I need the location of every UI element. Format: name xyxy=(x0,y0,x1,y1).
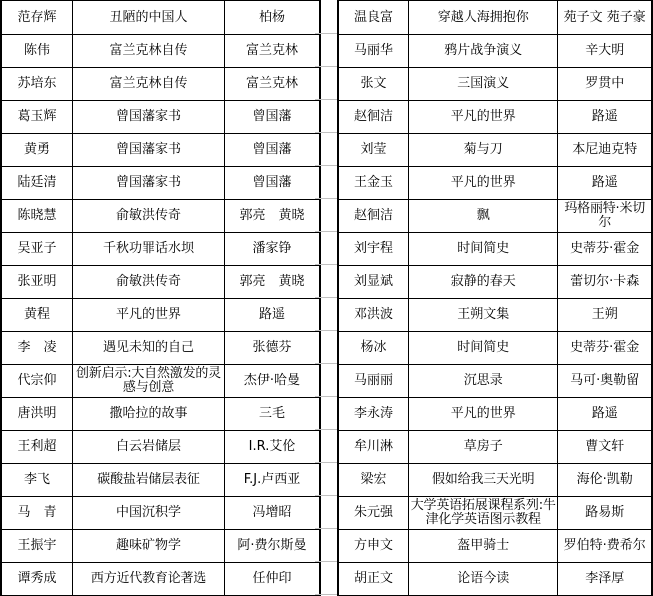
author-cell[interactable]: 罗贯中 xyxy=(558,68,652,101)
table-row: 范存辉丑陋的中国人柏杨 xyxy=(1,1,320,35)
gridline xyxy=(315,429,337,430)
author-cell[interactable]: 路遥 xyxy=(558,101,652,134)
reader-cell[interactable]: 黄程 xyxy=(1,299,73,332)
reader-cell[interactable]: 王金玉 xyxy=(338,167,408,200)
book-title-cell[interactable]: 平凡的世界 xyxy=(73,299,225,332)
table-row: 陈伟富兰克林自传富兰克林 xyxy=(1,35,320,68)
book-title-cell[interactable]: 俞敏洪传奇 xyxy=(73,200,225,233)
reader-cell[interactable]: 赵徊洁 xyxy=(338,101,408,134)
table-row: 牟川淋草房子曹文轩 xyxy=(338,431,652,464)
book-title-cell[interactable]: 碳酸盐岩储层表征 xyxy=(73,464,225,497)
table-row: 赵徊洁平凡的世界路遥 xyxy=(338,101,652,134)
reader-cell[interactable]: 刘莹 xyxy=(338,134,408,167)
gridline xyxy=(315,363,337,364)
book-title-cell[interactable]: 论语今读 xyxy=(408,563,558,596)
author-cell[interactable]: 辛大明 xyxy=(558,35,652,68)
author-cell[interactable]: 郭亮 黄晓 xyxy=(225,200,321,233)
book-title-cell[interactable]: 富兰克林自传 xyxy=(73,35,225,68)
gridline xyxy=(315,528,337,529)
book-title-cell[interactable]: 丑陋的中国人 xyxy=(73,1,225,35)
reader-cell[interactable]: 胡正文 xyxy=(338,563,408,596)
table-row: 代宗仰创新启示:大自然激发的灵感与创意杰伊·哈曼 xyxy=(1,365,320,398)
author-cell[interactable]: 郭亮 黄晓 xyxy=(225,266,321,299)
table-row: 吴亚子千秋功罪话水坝潘家铮 xyxy=(1,233,320,266)
book-title-cell[interactable]: 鸦片战争演义 xyxy=(408,35,558,68)
book-title-cell[interactable]: 盔甲骑士 xyxy=(408,530,558,563)
reader-cell[interactable]: 唐洪明 xyxy=(1,398,73,431)
author-cell[interactable]: 玛格丽特·米切尔 xyxy=(558,200,652,233)
author-cell[interactable]: 海伦·凯勒 xyxy=(558,464,652,497)
author-cell[interactable]: 曹文轩 xyxy=(558,431,652,464)
author-cell[interactable]: 史蒂芬·霍金 xyxy=(558,332,652,365)
author-cell[interactable]: 曾国藩 xyxy=(225,101,321,134)
author-cell[interactable]: 曾国藩 xyxy=(225,134,321,167)
table-row: 陈晓慧俞敏洪传奇郭亮 黄晓 xyxy=(1,200,320,233)
gridline xyxy=(315,33,337,34)
column-gap xyxy=(315,0,337,596)
reader-cell[interactable]: 方申文 xyxy=(338,530,408,563)
book-title-cell[interactable]: 时间简史 xyxy=(408,332,558,365)
book-title-cell[interactable]: 菊与刀 xyxy=(408,134,558,167)
author-cell[interactable]: 杰伊·哈曼 xyxy=(225,365,321,398)
reader-cell[interactable]: 杨冰 xyxy=(338,332,408,365)
book-title-cell[interactable]: 遇见未知的自己 xyxy=(73,332,225,365)
author-cell[interactable]: 路遥 xyxy=(225,299,321,332)
author-cell[interactable]: 马可·奥勒留 xyxy=(558,365,652,398)
reader-cell[interactable]: 吴亚子 xyxy=(1,233,73,266)
reader-cell[interactable]: 刘宇程 xyxy=(338,233,408,266)
author-cell[interactable]: 三毛 xyxy=(225,398,321,431)
reader-cell[interactable]: 马丽华 xyxy=(338,35,408,68)
book-title-cell[interactable]: 王朔文集 xyxy=(408,299,558,332)
gridline xyxy=(315,198,337,199)
table-row: 马丽华鸦片战争演义辛大明 xyxy=(338,35,652,68)
book-title-cell[interactable]: 平凡的世界 xyxy=(408,398,558,431)
reader-cell[interactable]: 梁宏 xyxy=(338,464,408,497)
table-row: 朱元强大学英语拓展课程系列:牛津化学英语图示教程路易斯 xyxy=(338,497,652,530)
table-row: 刘莹菊与刀本尼迪克特 xyxy=(338,134,652,167)
book-title-cell[interactable]: 三国演义 xyxy=(408,68,558,101)
reader-cell[interactable]: 温良富 xyxy=(338,1,408,35)
table-row: 梁宏假如给我三天光明海伦·凯勒 xyxy=(338,464,652,497)
table-row: 苏培东富兰克林自传富兰克林 xyxy=(1,68,320,101)
gridline xyxy=(315,462,337,463)
book-title-cell[interactable]: 时间简史 xyxy=(408,233,558,266)
table-row: 刘宇程时间简史史蒂芬·霍金 xyxy=(338,233,652,266)
book-title-cell[interactable]: 平凡的世界 xyxy=(408,167,558,200)
gridline xyxy=(315,132,337,133)
book-title-cell[interactable]: 飘 xyxy=(408,200,558,233)
table-row: 方申文盔甲骑士罗伯特·费希尔 xyxy=(338,530,652,563)
table-row: 赵徊洁飘玛格丽特·米切尔 xyxy=(338,200,652,233)
gridline xyxy=(315,165,337,166)
book-title-cell[interactable]: 中国沉积学 xyxy=(73,497,225,530)
table-row: 温良富穿越人海拥抱你苑子文 苑子豪 xyxy=(338,1,652,35)
book-title-cell[interactable]: 撒哈拉的故事 xyxy=(73,398,225,431)
table-row: 唐洪明撒哈拉的故事三毛 xyxy=(1,398,320,431)
gridline xyxy=(315,66,337,67)
reader-cell[interactable]: 陈伟 xyxy=(1,35,73,68)
gridline xyxy=(315,297,337,298)
author-cell[interactable]: 王朔 xyxy=(558,299,652,332)
reader-cell[interactable]: 刘显斌 xyxy=(338,266,408,299)
author-cell[interactable]: 冯增昭 xyxy=(225,497,321,530)
reader-cell[interactable]: 王振宇 xyxy=(1,530,73,563)
author-cell[interactable]: F.J.卢西亚 xyxy=(225,464,321,497)
author-cell[interactable]: 富兰克林 xyxy=(225,35,321,68)
table-row: 王金玉平凡的世界路遥 xyxy=(338,167,652,200)
gridline xyxy=(315,396,337,397)
author-cell[interactable]: 富兰克林 xyxy=(225,68,321,101)
author-cell[interactable]: 阿·费尔斯曼 xyxy=(225,530,321,563)
reader-cell[interactable]: 赵徊洁 xyxy=(338,200,408,233)
table-row: 李 凌遇见未知的自己张德芬 xyxy=(1,332,320,365)
reader-cell[interactable]: 朱元强 xyxy=(338,497,408,530)
table-row: 胡正文论语今读李泽厚 xyxy=(338,563,652,596)
reader-cell[interactable]: 黄勇 xyxy=(1,134,73,167)
table-row: 黄程平凡的世界路遥 xyxy=(1,299,320,332)
book-title-cell[interactable]: 寂静的春天 xyxy=(408,266,558,299)
book-title-cell[interactable]: 曾国藩家书 xyxy=(73,167,225,200)
author-cell[interactable]: 罗伯特·费希尔 xyxy=(558,530,652,563)
table-row: 谭秀成西方近代教育论著选任仲印 xyxy=(1,563,320,596)
book-title-cell[interactable]: 创新启示:大自然激发的灵感与创意 xyxy=(73,365,225,398)
author-cell[interactable]: 路遥 xyxy=(558,167,652,200)
author-cell[interactable]: 本尼迪克特 xyxy=(558,134,652,167)
reader-cell[interactable]: 马 青 xyxy=(1,497,73,530)
author-cell[interactable]: 任仲印 xyxy=(225,563,321,596)
gridline xyxy=(315,561,337,562)
gridline xyxy=(315,594,337,595)
table-row: 马 青中国沉积学冯增昭 xyxy=(1,497,320,530)
reader-cell[interactable]: 陈晓慧 xyxy=(1,200,73,233)
reader-cell[interactable]: 范存辉 xyxy=(1,1,73,35)
book-title-cell[interactable]: 穿越人海拥抱你 xyxy=(408,1,558,35)
reader-cell[interactable]: 苏培东 xyxy=(1,68,73,101)
reader-cell[interactable]: 牟川淋 xyxy=(338,431,408,464)
book-title-cell[interactable]: 沉思录 xyxy=(408,365,558,398)
table-row: 李飞碳酸盐岩储层表征F.J.卢西亚 xyxy=(1,464,320,497)
reader-cell[interactable]: 葛玉辉 xyxy=(1,101,73,134)
reader-cell[interactable]: 马丽丽 xyxy=(338,365,408,398)
author-cell[interactable]: 路易斯 xyxy=(558,497,652,530)
table-row: 王利超白云岩储层I.R.艾伦 xyxy=(1,431,320,464)
table-row: 黄勇曾国藩家书曾国藩 xyxy=(1,134,320,167)
reader-cell[interactable]: 陆廷清 xyxy=(1,167,73,200)
book-title-cell[interactable]: 草房子 xyxy=(408,431,558,464)
author-cell[interactable]: 柏杨 xyxy=(225,1,321,35)
book-title-cell[interactable]: 曾国藩家书 xyxy=(73,101,225,134)
table-row: 杨冰时间简史史蒂芬·霍金 xyxy=(338,332,652,365)
right-reading-table: 温良富穿越人海拥抱你苑子文 苑子豪马丽华鸦片战争演义辛大明张文三国演义罗贯中赵徊… xyxy=(337,0,653,596)
table-row: 葛玉辉曾国藩家书曾国藩 xyxy=(1,101,320,134)
book-title-cell[interactable]: 西方近代教育论著选 xyxy=(73,563,225,596)
reader-cell[interactable]: 李永涛 xyxy=(338,398,408,431)
table-row: 刘显斌寂静的春天蕾切尔·卡森 xyxy=(338,266,652,299)
reader-cell[interactable]: 李飞 xyxy=(1,464,73,497)
author-cell[interactable]: I.R.艾伦 xyxy=(225,431,321,464)
reader-cell[interactable]: 王利超 xyxy=(1,431,73,464)
reader-cell[interactable]: 谭秀成 xyxy=(1,563,73,596)
author-cell[interactable]: 史蒂芬·霍金 xyxy=(558,233,652,266)
author-cell[interactable]: 张德芬 xyxy=(225,332,321,365)
book-title-cell[interactable]: 趣味矿物学 xyxy=(73,530,225,563)
table-row: 邓洪波王朔文集王朔 xyxy=(338,299,652,332)
reader-cell[interactable]: 李 凌 xyxy=(1,332,73,365)
author-cell[interactable]: 苑子文 苑子豪 xyxy=(558,1,652,35)
left-reading-table: 范存辉丑陋的中国人柏杨陈伟富兰克林自传富兰克林苏培东富兰克林自传富兰克林葛玉辉曾… xyxy=(0,0,321,596)
gridline xyxy=(315,495,337,496)
gridline xyxy=(315,231,337,232)
reader-cell[interactable]: 代宗仰 xyxy=(1,365,73,398)
author-cell[interactable]: 蕾切尔·卡森 xyxy=(558,266,652,299)
table-row: 马丽丽沉思录马可·奥勒留 xyxy=(338,365,652,398)
reader-cell[interactable]: 邓洪波 xyxy=(338,299,408,332)
gridline xyxy=(315,330,337,331)
book-title-cell[interactable]: 曾国藩家书 xyxy=(73,134,225,167)
author-cell[interactable]: 李泽厚 xyxy=(558,563,652,596)
table-row: 张文三国演义罗贯中 xyxy=(338,68,652,101)
table-row: 张亚明俞敏洪传奇郭亮 黄晓 xyxy=(1,266,320,299)
book-title-cell[interactable]: 千秋功罪话水坝 xyxy=(73,233,225,266)
reader-cell[interactable]: 张文 xyxy=(338,68,408,101)
book-title-cell[interactable]: 平凡的世界 xyxy=(408,101,558,134)
table-row: 李永涛平凡的世界路遥 xyxy=(338,398,652,431)
gridline xyxy=(315,99,337,100)
author-cell[interactable]: 潘家铮 xyxy=(225,233,321,266)
book-title-cell[interactable]: 富兰克林自传 xyxy=(73,68,225,101)
book-title-cell[interactable]: 白云岩储层 xyxy=(73,431,225,464)
table-row: 陆廷清曾国藩家书曾国藩 xyxy=(1,167,320,200)
book-title-cell[interactable]: 俞敏洪传奇 xyxy=(73,266,225,299)
table-row: 王振宇趣味矿物学阿·费尔斯曼 xyxy=(1,530,320,563)
spreadsheet-view: 范存辉丑陋的中国人柏杨陈伟富兰克林自传富兰克林苏培东富兰克林自传富兰克林葛玉辉曾… xyxy=(0,0,653,596)
reader-cell[interactable]: 张亚明 xyxy=(1,266,73,299)
book-title-cell[interactable]: 假如给我三天光明 xyxy=(408,464,558,497)
author-cell[interactable]: 曾国藩 xyxy=(225,167,321,200)
book-title-cell[interactable]: 大学英语拓展课程系列:牛津化学英语图示教程 xyxy=(408,497,558,530)
author-cell[interactable]: 路遥 xyxy=(558,398,652,431)
gridline xyxy=(315,264,337,265)
